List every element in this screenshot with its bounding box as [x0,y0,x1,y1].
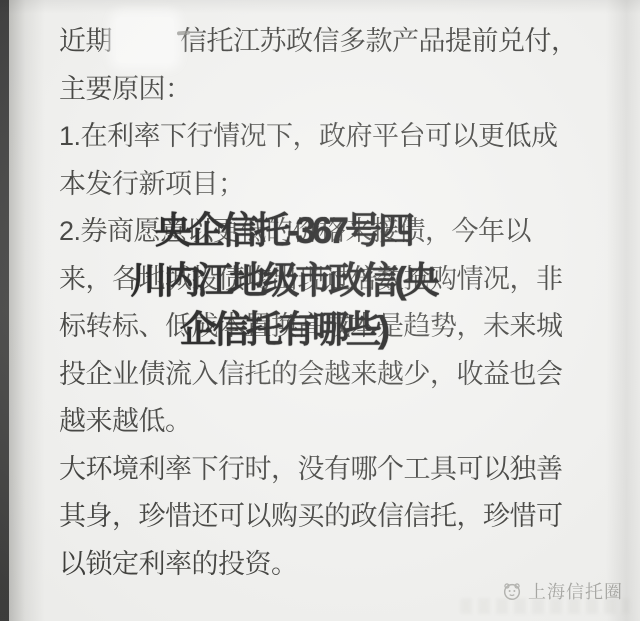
seo-overlay-title: 央企信托-367号四 川内江地级市政信(央 企信托有哪些) [0,206,603,355]
article-line: 大环境利率下行时，没有哪个工具可以独善 [59,446,610,494]
article-line: 其身，珍惜还可以购买的政信信托，珍惜可 [59,493,610,541]
article-line1-suffix: 信托江苏政信多款产品提前兑付， [180,26,578,56]
overlay-title-line-2: 川内江地级市政信(央 [0,256,603,306]
censor-smudge-mark [177,30,190,35]
photo-top-shadow [0,0,640,14]
article-line: 主要原因： [59,66,610,114]
overlay-title-line-3: 企信托有哪些) [0,305,603,355]
overlay-title-line-1: 央企信托-367号四 [0,206,603,256]
article-line: 近期信托江苏政信多款产品提前兑付， [59,18,610,66]
faint-watermark-smudge [460,598,630,614]
article-photo: 近期信托江苏政信多款产品提前兑付， 主要原因： 1.在利率下行情况下，政府平台可… [0,0,640,621]
photo-right-shadow [606,0,640,621]
censored-name-patch [116,17,174,63]
article-line1-prefix: 近期 [59,26,112,56]
article-line: 投企业债流入信托的会越来越少，收益也会 [59,351,610,399]
article-line: 1.在利率下行情况下，政府平台可以更低成 [59,113,610,161]
article-line: 越来越低。 [59,398,610,446]
article-line: 本发行新项目； [59,161,610,209]
